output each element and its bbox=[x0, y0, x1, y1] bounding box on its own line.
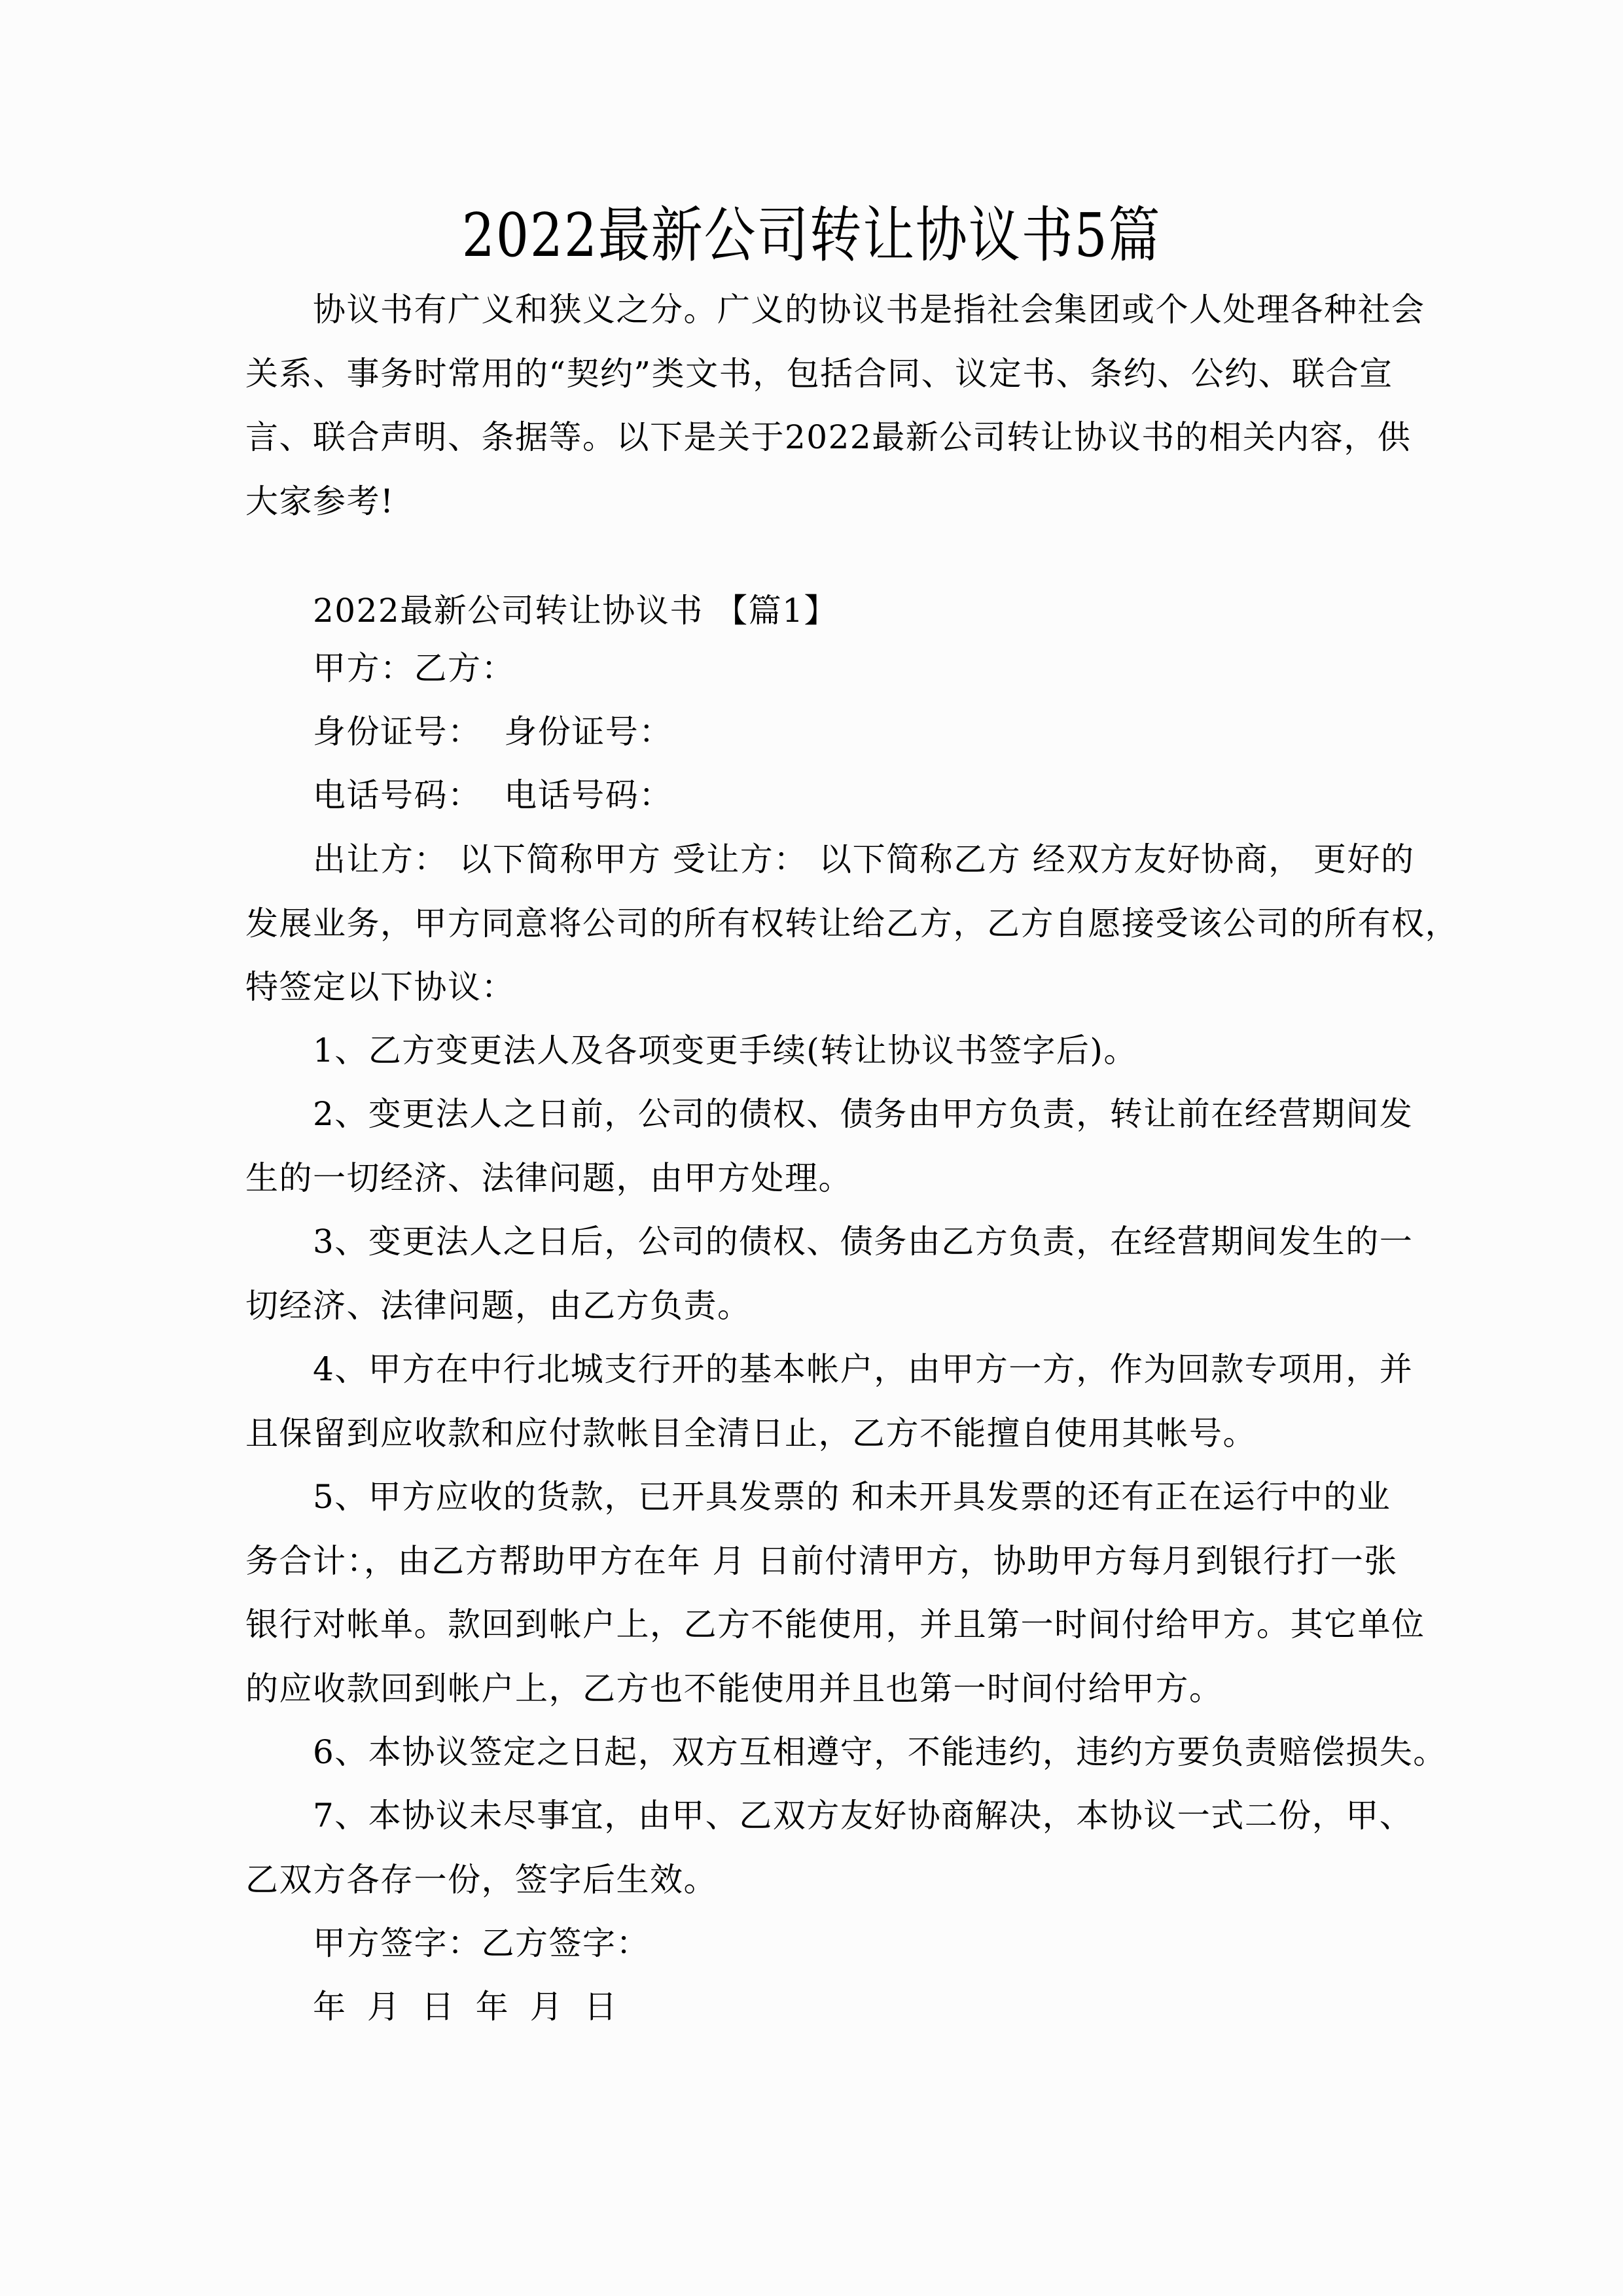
clause-4: 4、甲方在中行北城支行开的基本帐户，由甲方一方，作为回款专项用，并 且保留到应收… bbox=[245, 1338, 1378, 1465]
preamble-line: 发展业务，甲方同意将公司的所有权转让给乙方，乙方自愿接受该公司的所有权， bbox=[245, 892, 1378, 956]
clause-line: 3、变更法人之日后，公司的债权、债务由乙方负责，在经营期间发生的一 bbox=[245, 1210, 1378, 1274]
preamble-line: 出让方： 以下简称甲方 受让方： 以下简称乙方 经双方友好协商， 更好的 bbox=[245, 828, 1378, 892]
clause-6: 6、本协议签定之日起，双方互相遵守，不能违约，违约方要负责赔偿损失。 bbox=[245, 1721, 1378, 1785]
intro-line: 大家参考! bbox=[245, 470, 1378, 534]
phone-number-line: 电话号码： 电话号码： bbox=[313, 764, 673, 828]
document-title: 2022最新公司转让协议书5篇 bbox=[325, 196, 1298, 275]
preamble-paragraph: 出让方： 以下简称甲方 受让方： 以下简称乙方 经双方友好协商， 更好的 发展业… bbox=[245, 828, 1378, 1020]
clause-line: 且保留到应收款和应付款帐目全清日止，乙方不能擅自使用其帐号。 bbox=[245, 1402, 1378, 1466]
clause-line: 务合计：，由乙方帮助甲方在年 月 日前付清甲方，协助甲方每月到银行打一张 bbox=[245, 1530, 1378, 1594]
clause-line: 6、本协议签定之日起，双方互相遵守，不能违约，违约方要负责赔偿损失。 bbox=[245, 1721, 1378, 1785]
id-number-line: 身份证号： 身份证号： bbox=[313, 700, 673, 764]
signature-line: 甲方签字：乙方签字： bbox=[313, 1912, 650, 1976]
clause-7: 7、本协议未尽事宜，由甲、乙双方友好协商解决，本协议一式二份，甲、 乙双方各存一… bbox=[245, 1784, 1378, 1912]
clause-1: 1、乙方变更法人及各项变更手续(转让协议书签字后)。 bbox=[245, 1019, 1378, 1083]
clause-3: 3、变更法人之日后，公司的债权、债务由乙方负责，在经营期间发生的一 切经济、法律… bbox=[245, 1210, 1378, 1338]
clause-2: 2、变更法人之日前，公司的债权、债务由甲方负责，转让前在经营期间发 生的一切经济… bbox=[245, 1083, 1378, 1210]
clause-line: 1、乙方变更法人及各项变更手续(转让协议书签字后)。 bbox=[245, 1019, 1378, 1083]
intro-line: 关系、事务时常用的“契约”类文书，包括合同、议定书、条约、公约、联合宣 bbox=[245, 342, 1378, 406]
clause-line: 7、本协议未尽事宜，由甲、乙双方友好协商解决，本协议一式二份，甲、 bbox=[245, 1784, 1378, 1848]
clause-line: 5、甲方应收的货款，已开具发票的 和未开具发票的还有正在运行中的业 bbox=[245, 1465, 1378, 1530]
section-heading: 2022最新公司转让协议书 【篇1】 bbox=[313, 579, 838, 643]
preamble-line: 特签定以下协议： bbox=[245, 956, 1378, 1020]
clause-line: 4、甲方在中行北城支行开的基本帐户，由甲方一方，作为回款专项用，并 bbox=[245, 1338, 1378, 1402]
clause-line: 2、变更法人之日前，公司的债权、债务由甲方负责，转让前在经营期间发 bbox=[245, 1083, 1378, 1147]
party-line: 甲方：乙方： bbox=[313, 637, 515, 701]
clause-line: 生的一切经济、法律问题，由甲方处理。 bbox=[245, 1147, 1378, 1211]
clause-5: 5、甲方应收的货款，已开具发票的 和未开具发票的还有正在运行中的业 务合计：，由… bbox=[245, 1465, 1378, 1721]
intro-line: 协议书有广义和狭义之分。广义的协议书是指社会集团或个人处理各种社会 bbox=[245, 278, 1378, 342]
intro-line: 言、联合声明、条据等。以下是关于2022最新公司转让协议书的相关内容，供 bbox=[245, 406, 1378, 470]
clause-line: 切经济、法律问题，由乙方负责。 bbox=[245, 1274, 1378, 1338]
clause-line: 乙双方各存一份，签字后生效。 bbox=[245, 1848, 1378, 1912]
clause-line: 的应收款回到帐户上，乙方也不能使用并且也第一时间付给甲方。 bbox=[245, 1657, 1378, 1721]
intro-paragraph: 协议书有广义和狭义之分。广义的协议书是指社会集团或个人处理各种社会 关系、事务时… bbox=[245, 278, 1378, 533]
date-line: 年 月 日 年 月 日 bbox=[313, 1975, 618, 2039]
clause-line: 银行对帐单。款回到帐户上，乙方不能使用，并且第一时间付给甲方。其它单位 bbox=[245, 1593, 1378, 1657]
